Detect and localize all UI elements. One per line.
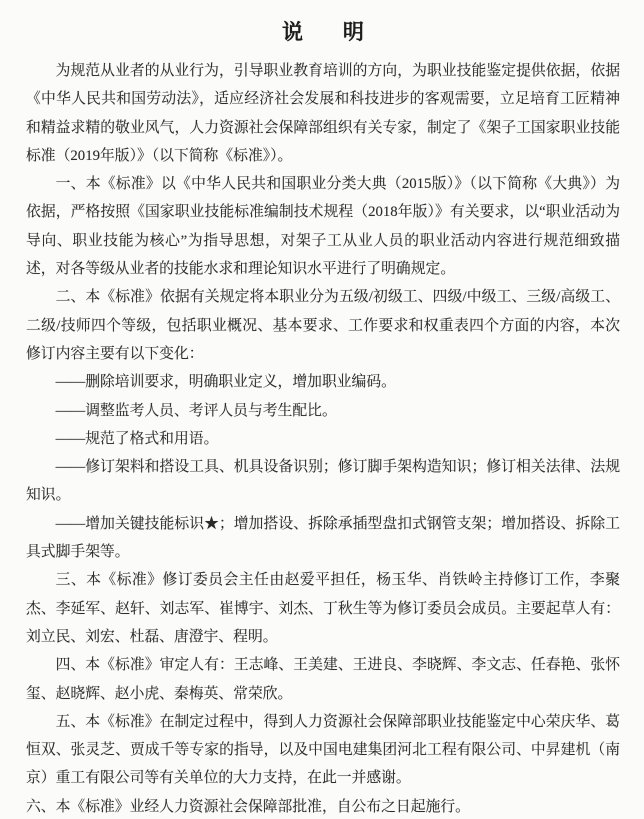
change-item-5: ——增加关键技能标识★；增加搭设、拆除承插型盘扣式钢管支架；增加搭设、拆除工具式… <box>26 510 620 567</box>
paragraph-section-2: 二、本《标准》依据有关规定将本职业分为五级/初级工、四级/中级工、三级/高级工、… <box>26 283 620 368</box>
document-body: 为规范从业者的从业行为，引导职业教育培训的方向，为职业技能鉴定提供依据，依据《中… <box>26 57 620 819</box>
paragraph-section-6: 六、本《标准》业经人力资源社会保障部批准，自公布之日起施行。 <box>26 793 620 819</box>
change-item-1: ——删除培训要求，明确职业定义，增加职业编码。 <box>26 368 620 396</box>
paragraph-section-5: 五、本《标准》在制定过程中，得到人力资源社会保障部职业技能鉴定中心荣庆华、葛恒双… <box>26 708 620 793</box>
document-title: 说 明 <box>26 17 620 47</box>
document-page: 说 明 为规范从业者的从业行为，引导职业教育培训的方向，为职业技能鉴定提供依据，… <box>0 0 644 819</box>
change-item-4: ——修订架料和搭设工具、机具设备识别；修订脚手架构造知识；修订相关法律、法规知识… <box>26 453 620 510</box>
paragraph-intro: 为规范从业者的从业行为，引导职业教育培训的方向，为职业技能鉴定提供依据，依据《中… <box>26 57 620 170</box>
paragraph-section-1: 一、本《标准》以《中华人民共和国职业分类大典（2015版）》（以下简称《大典》）… <box>26 170 620 283</box>
change-item-3: ——规范了格式和用语。 <box>26 425 620 453</box>
paragraph-section-3: 三、本《标准》修订委员会主任由赵爱平担任，杨玉华、肖铁岭主持修订工作，李聚杰、李… <box>26 566 620 651</box>
change-item-2: ——调整监考人员、考评人员与考生配比。 <box>26 397 620 425</box>
paragraph-section-4: 四、本《标准》审定人有：王志峰、王美建、王进良、李晓辉、李文志、任春艳、张怀玺、… <box>26 651 620 708</box>
